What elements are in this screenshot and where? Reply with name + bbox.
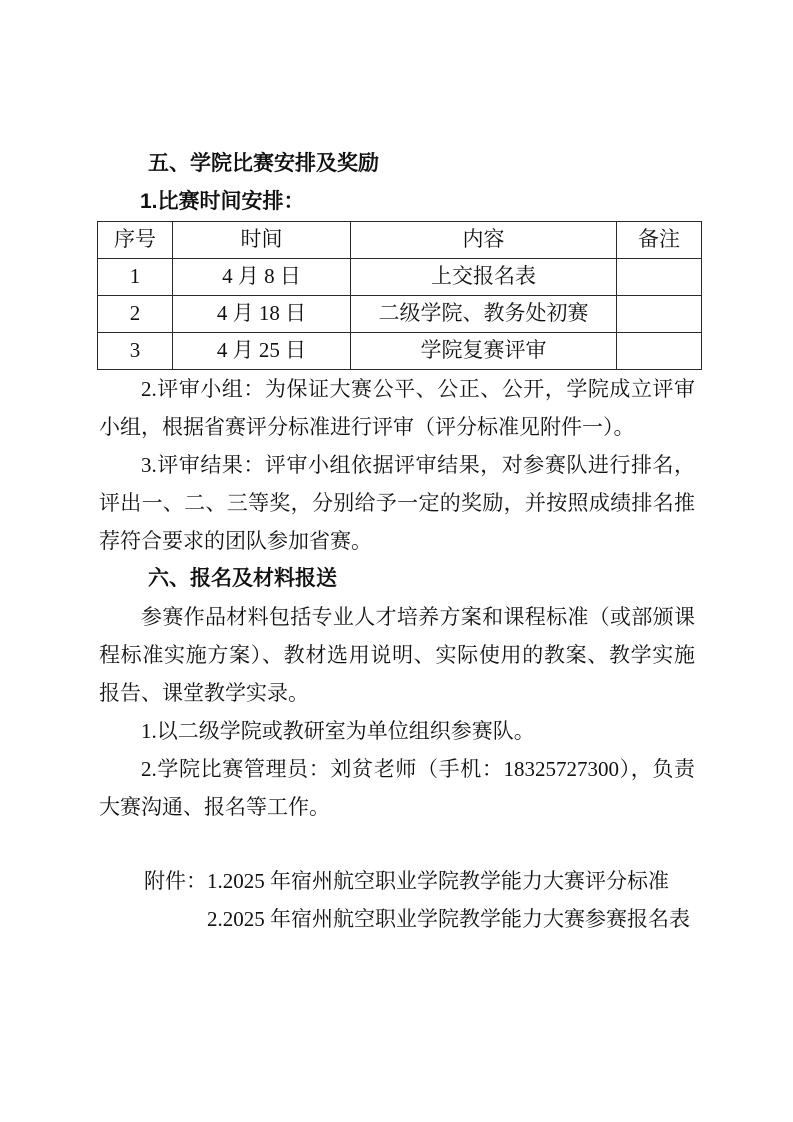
paragraph-materials: 参赛作品材料包括专业人才培养方案和课程标准（或部颁课程标准实施方案）、教材选用说… [99,598,695,712]
table-row: 3 4 月 25 日 学院复赛评审 [98,333,702,370]
schedule-table: 序号 时间 内容 备注 1 4 月 8 日 上交报名表 2 4 月 18 日 二… [97,221,702,370]
cell-index: 1 [98,259,173,296]
section5-subheading: 1.比赛时间安排： [99,183,695,221]
document-page: 五、学院比赛安排及奖励 1.比赛时间安排： 序号 时间 内容 备注 1 4 月 … [0,0,793,1122]
attachment-item-2: 2.2025 年宿州航空职业学院教学能力大赛参赛报名表 [207,900,691,938]
cell-time: 4 月 25 日 [173,333,351,370]
cell-time: 4 月 8 日 [173,259,351,296]
cell-remark [617,333,702,370]
table-header-content: 内容 [351,222,617,259]
cell-time: 4 月 18 日 [173,296,351,333]
table-header-index: 序号 [98,222,173,259]
table-row: 1 4 月 8 日 上交报名表 [98,259,702,296]
attachments-label: 附件： [144,862,207,938]
paragraph-team-organization: 1.以二级学院或教研室为单位组织参赛队。 [99,712,695,750]
cell-content: 二级学院、教务处初赛 [351,296,617,333]
paragraph-review-panel: 2.评审小组：为保证大赛公平、公正、公开，学院成立评审小组，根据省赛评分标准进行… [99,370,695,446]
cell-remark [617,259,702,296]
table-header-row: 序号 时间 内容 备注 [98,222,702,259]
table-header-remark: 备注 [617,222,702,259]
cell-index: 3 [98,333,173,370]
attachment-item-1: 1.2025 年宿州航空职业学院教学能力大赛评分标准 [207,862,691,900]
section6-heading: 六、报名及材料报送 [99,560,695,598]
table-row: 2 4 月 18 日 二级学院、教务处初赛 [98,296,702,333]
section5-heading: 五、学院比赛安排及奖励 [99,145,695,183]
cell-content: 学院复赛评审 [351,333,617,370]
document-content: 五、学院比赛安排及奖励 1.比赛时间安排： 序号 时间 内容 备注 1 4 月 … [99,145,695,938]
cell-index: 2 [98,296,173,333]
cell-content: 上交报名表 [351,259,617,296]
attachments-block: 附件： 1.2025 年宿州航空职业学院教学能力大赛评分标准 2.2025 年宿… [99,862,695,938]
paragraph-review-result: 3.评审结果：评审小组依据评审结果，对参赛队进行排名，评出一、二、三等奖，分别给… [99,446,695,560]
table-header-time: 时间 [173,222,351,259]
paragraph-administrator: 2.学院比赛管理员：刘贫老师（手机：18325727300），负责大赛沟通、报名… [99,750,695,826]
attachments-list: 1.2025 年宿州航空职业学院教学能力大赛评分标准 2.2025 年宿州航空职… [207,862,691,938]
cell-remark [617,296,702,333]
